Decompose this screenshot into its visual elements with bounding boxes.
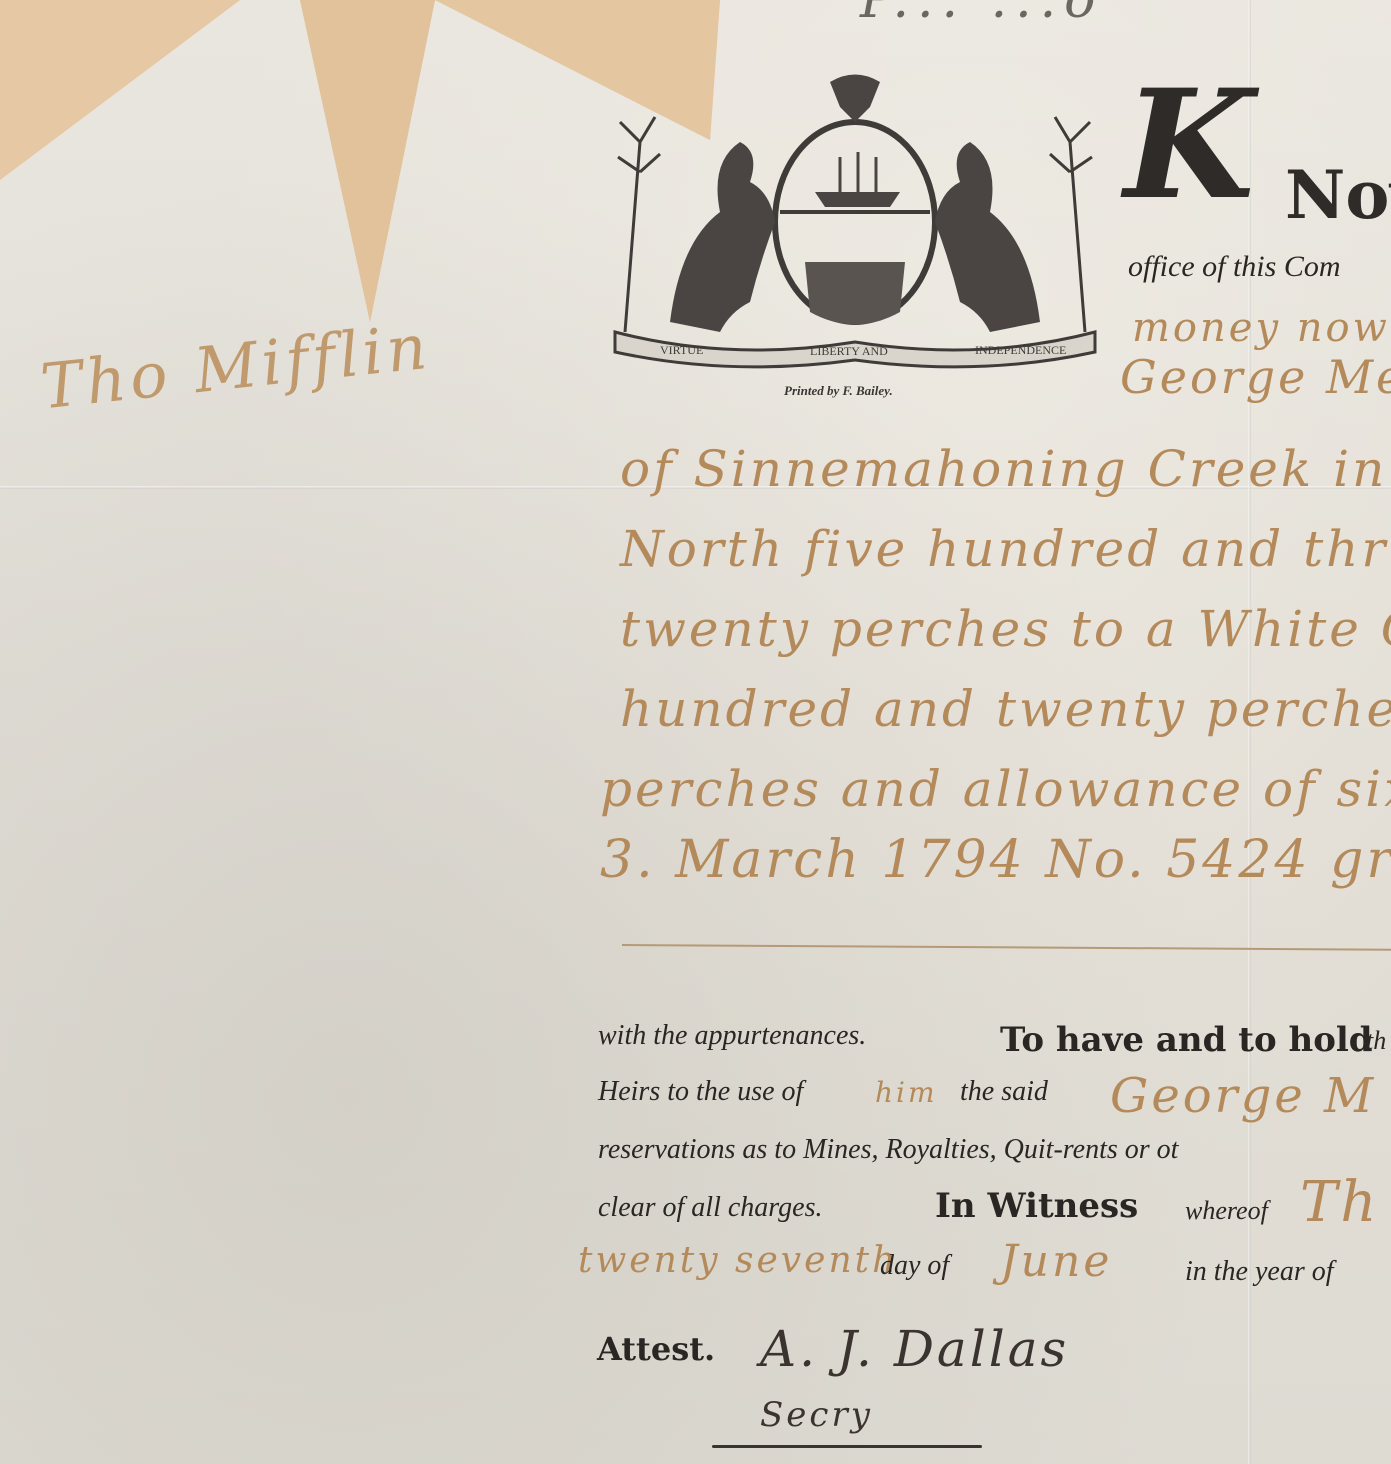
office-line: office of this Com xyxy=(1128,250,1341,284)
printed-day-of: day of xyxy=(880,1250,949,1282)
printed-in-the-year: in the year of xyxy=(1185,1256,1334,1288)
heading-word: Now xyxy=(1285,160,1391,230)
handwritten-line-1: of Sinnemahoning Creek in the xyxy=(620,440,1391,498)
printed-attest: Attest. xyxy=(597,1330,715,1368)
printed-to-have-and-to-hold: To have and to hold xyxy=(1000,1020,1373,1060)
printer-credit: Printed by F. Bailey. xyxy=(784,383,893,399)
handwritten-line-6: 3. March 1794 No. 5424 gra xyxy=(600,830,1391,890)
header-partial-text: P... ...o xyxy=(860,0,1103,30)
handwritten-line-5: perches and allowance of six p xyxy=(600,760,1391,818)
printed-to-have-tail: th xyxy=(1366,1026,1386,1056)
handwritten-witness-name: Th xyxy=(1300,1170,1379,1235)
printed-reservations: reservations as to Mines, Royalties, Qui… xyxy=(598,1134,1178,1166)
printed-in-witness: In Witness xyxy=(935,1186,1138,1226)
handwritten-line-3: twenty perches to a White Oa xyxy=(620,600,1391,658)
handwritten-him: him xyxy=(875,1076,938,1109)
handwritten-george: George M xyxy=(1110,1068,1376,1124)
printed-whereof: whereof xyxy=(1185,1196,1268,1226)
handwritten-month: June xyxy=(1000,1236,1112,1287)
handwritten-line-4: hundred and twenty perche xyxy=(620,680,1391,738)
handwritten-day: twenty seventh xyxy=(578,1240,898,1281)
motto-independence: INDEPENDENCE xyxy=(975,343,1066,357)
attest-signature: A. J. Dallas xyxy=(760,1320,1069,1378)
printed-clear-of-charges: clear of all charges. xyxy=(598,1192,822,1224)
signature-flourish xyxy=(712,1445,982,1448)
printed-appurtenances: with the appurtenances. xyxy=(598,1020,866,1052)
drop-cap: K xyxy=(1124,70,1254,220)
attest-signature-sub: Secry xyxy=(760,1395,873,1435)
coat-of-arms-crest-icon: VIRTUE LIBERTY AND INDEPENDENCE xyxy=(600,62,1110,372)
motto-liberty: LIBERTY AND xyxy=(810,344,888,358)
printed-the-said: the said xyxy=(960,1076,1048,1108)
printed-heirs: Heirs to the use of xyxy=(598,1076,803,1108)
motto-virtue: VIRTUE xyxy=(660,343,703,357)
handwritten-money-now: money now xyxy=(1132,305,1390,351)
handwritten-line-2: North five hundred and thr xyxy=(620,520,1388,578)
handwritten-grantee: George Mea xyxy=(1120,350,1391,404)
